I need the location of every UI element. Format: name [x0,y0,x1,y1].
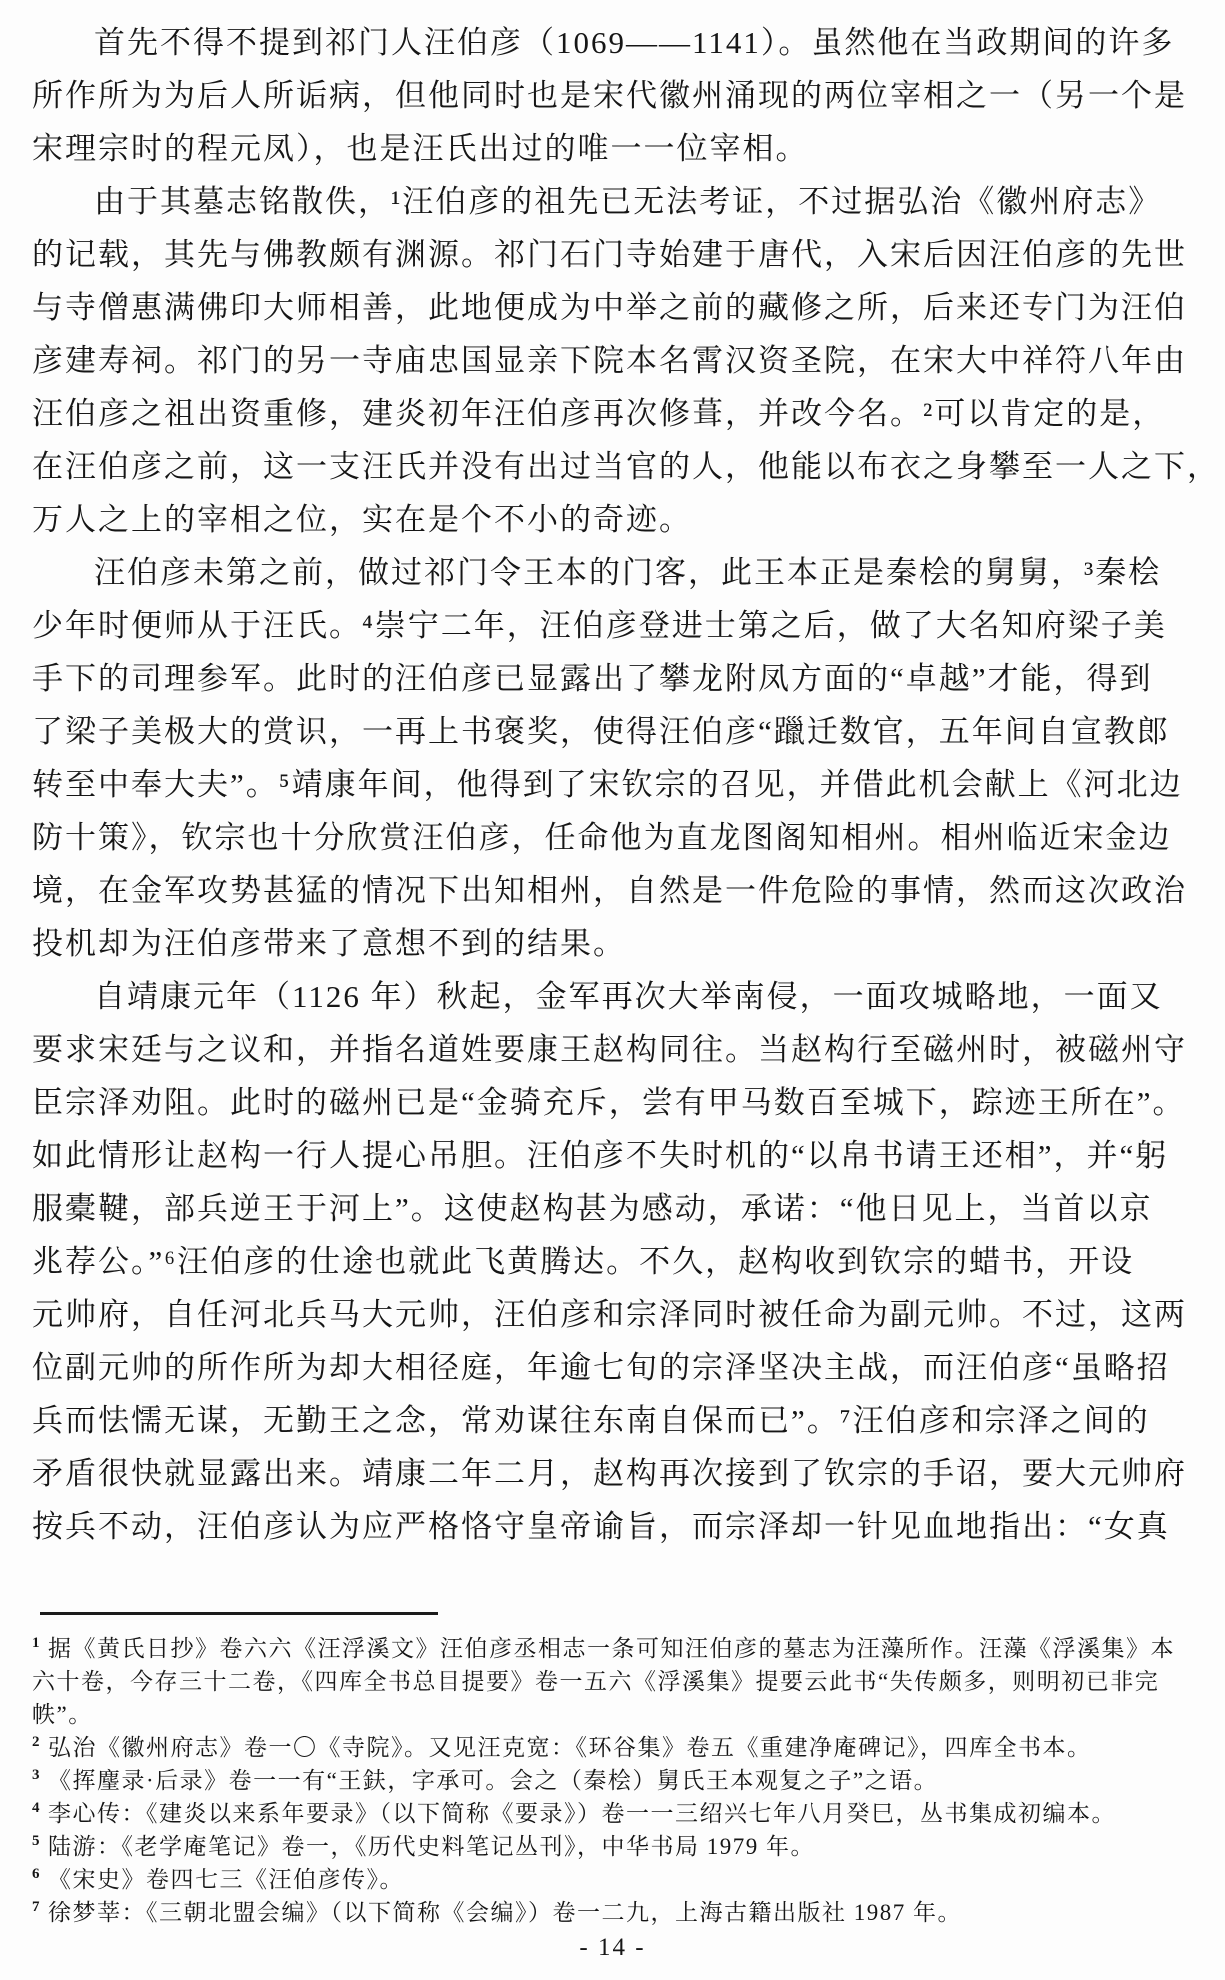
text-line: 兆荐公。”⁶汪伯彦的仕途也就此飞黄腾达。不久，赵构收到钦宗的蜡书，开设 [32,1235,1194,1288]
footnote: 1据《黄氏日抄》卷六六《汪浮溪文》汪伯彦丞相志一条可知汪伯彦的墓志为汪藻所作。汪… [32,1632,1196,1731]
text-line: 矛盾很快就显露出来。靖康二年二月，赵构再次接到了钦宗的手诏，要大元帅府 [32,1447,1194,1500]
footnote-number: 2 [32,1734,41,1750]
text-line: 所作所为为后人所诟病，但他同时也是宋代徽州涌现的两位宰相之一（另一个是 [32,69,1194,122]
text-line: 服橐鞬，部兵逆王于河上”。这使赵构甚为感动，承诺：“他日见上，当首以京 [32,1182,1194,1235]
text-line: 位副元帅的所作所为却大相径庭，年逾七旬的宗泽坚决主战，而汪伯彦“虽略招 [32,1341,1194,1394]
text-line: 如此情形让赵构一行人提心吊胆。汪伯彦不失时机的“以帛书请王还相”，并“躬 [32,1129,1194,1182]
text-line: 的记载，其先与佛教颇有渊源。祁门石门寺始建于唐代，入宋后因汪伯彦的先世 [32,228,1194,281]
page-number: - 14 - [0,1934,1225,1962]
text-line: 按兵不动，汪伯彦认为应严格恪守皇帝谕旨，而宗泽却一针见血地指出：“女真 [32,1500,1194,1553]
footnote-number: 7 [32,1899,41,1915]
footnote: 2弘治《徽州府志》卷一〇《寺院》。又见汪克宽：《环谷集》卷五《重建净庵碑记》，四… [32,1731,1196,1764]
footnote-separator [40,1612,438,1615]
footnote-number: 5 [32,1833,41,1849]
text-line: 自靖康元年（1126 年）秋起，金军再次大举南侵，一面攻城略地，一面又 [32,970,1194,1023]
footnote-number: 1 [32,1635,41,1651]
text-line: 在汪伯彦之前，这一支汪氏并没有出过当官的人，他能以布衣之身攀至一人之下， [32,440,1194,493]
text-line: 元帅府，自任河北兵马大元帅，汪伯彦和宗泽同时被任命为副元帅。不过，这两 [32,1288,1194,1341]
text-line: 兵而怯懦无谋，无勤王之念，常劝谋往东南自保而已”。⁷汪伯彦和宗泽之间的 [32,1394,1194,1447]
text-line: 少年时便师从于汪氏。⁴崇宁二年，汪伯彦登进士第之后，做了大名知府梁子美 [32,599,1194,652]
footnote: 4李心传：《建炎以来系年要录》（以下简称《要录》）卷一一三绍兴七年八月癸巳，丛书… [32,1797,1196,1830]
footnote: 7徐梦莘：《三朝北盟会编》（以下简称《会编》）卷一二九，上海古籍出版社 1987… [32,1896,1196,1929]
body-text: 首先不得不提到祁门人汪伯彦（1069——1141）。虽然他在当政期间的许多所作所… [32,16,1194,1553]
text-line: 境，在金军攻势甚猛的情况下出知相州，自然是一件危险的事情，然而这次政治 [32,864,1194,917]
text-line: 首先不得不提到祁门人汪伯彦（1069——1141）。虽然他在当政期间的许多 [32,16,1194,69]
scanned-page: 首先不得不提到祁门人汪伯彦（1069——1141）。虽然他在当政期间的许多所作所… [0,0,1225,1980]
text-line: 了梁子美极大的赏识，一再上书褒奖，使得汪伯彦“躐迁数官，五年间自宣教郎 [32,705,1194,758]
text-line: 彦建寿祠。祁门的另一寺庙忠国显亲下院本名霄汉资圣院，在宋大中祥符八年由 [32,334,1194,387]
text-line: 防十策》，钦宗也十分欣赏汪伯彦，任命他为直龙图阁知相州。相州临近宋金边 [32,811,1194,864]
footnote: 5陆游：《老学庵笔记》卷一，《历代史料笔记丛刊》，中华书局 1979 年。 [32,1830,1196,1863]
footnote-number: 3 [32,1767,41,1783]
footnote: 3《挥麈录·后录》卷一一有“王鈇，字承可。会之（秦桧）舅氏王本观复之子”之语。 [32,1764,1196,1797]
footnotes: 1据《黄氏日抄》卷六六《汪浮溪文》汪伯彦丞相志一条可知汪伯彦的墓志为汪藻所作。汪… [32,1632,1196,1929]
text-line: 宋理宗时的程元凤），也是汪氏出过的唯一一位宰相。 [32,122,1194,175]
text-line: 要求宋廷与之议和，并指名道姓要康王赵构同往。当赵构行至磁州时，被磁州守 [32,1023,1194,1076]
text-line: 由于其墓志铭散佚，¹汪伯彦的祖先已无法考证，不过据弘治《徽州府志》 [32,175,1194,228]
text-line: 汪伯彦未第之前，做过祁门令王本的门客，此王本正是秦桧的舅舅，³秦桧 [32,546,1194,599]
text-line: 臣宗泽劝阻。此时的磁州已是“金骑充斥，尝有甲马数百至城下，踪迹王所在”。 [32,1076,1194,1129]
text-line: 万人之上的宰相之位，实在是个不小的奇迹。 [32,493,1194,546]
text-line: 投机却为汪伯彦带来了意想不到的结果。 [32,917,1194,970]
text-line: 汪伯彦之祖出资重修，建炎初年汪伯彦再次修葺，并改今名。²可以肯定的是， [32,387,1194,440]
footnote-number: 4 [32,1800,41,1816]
text-line: 与寺僧惠满佛印大师相善，此地便成为中举之前的藏修之所，后来还专门为汪伯 [32,281,1194,334]
footnote-number: 6 [32,1866,41,1882]
text-line: 转至中奉大夫”。⁵靖康年间，他得到了宋钦宗的召见，并借此机会献上《河北边 [32,758,1194,811]
footnote: 6《宋史》卷四七三《汪伯彦传》。 [32,1863,1196,1896]
text-line: 手下的司理参军。此时的汪伯彦已显露出了攀龙附凤方面的“卓越”才能，得到 [32,652,1194,705]
